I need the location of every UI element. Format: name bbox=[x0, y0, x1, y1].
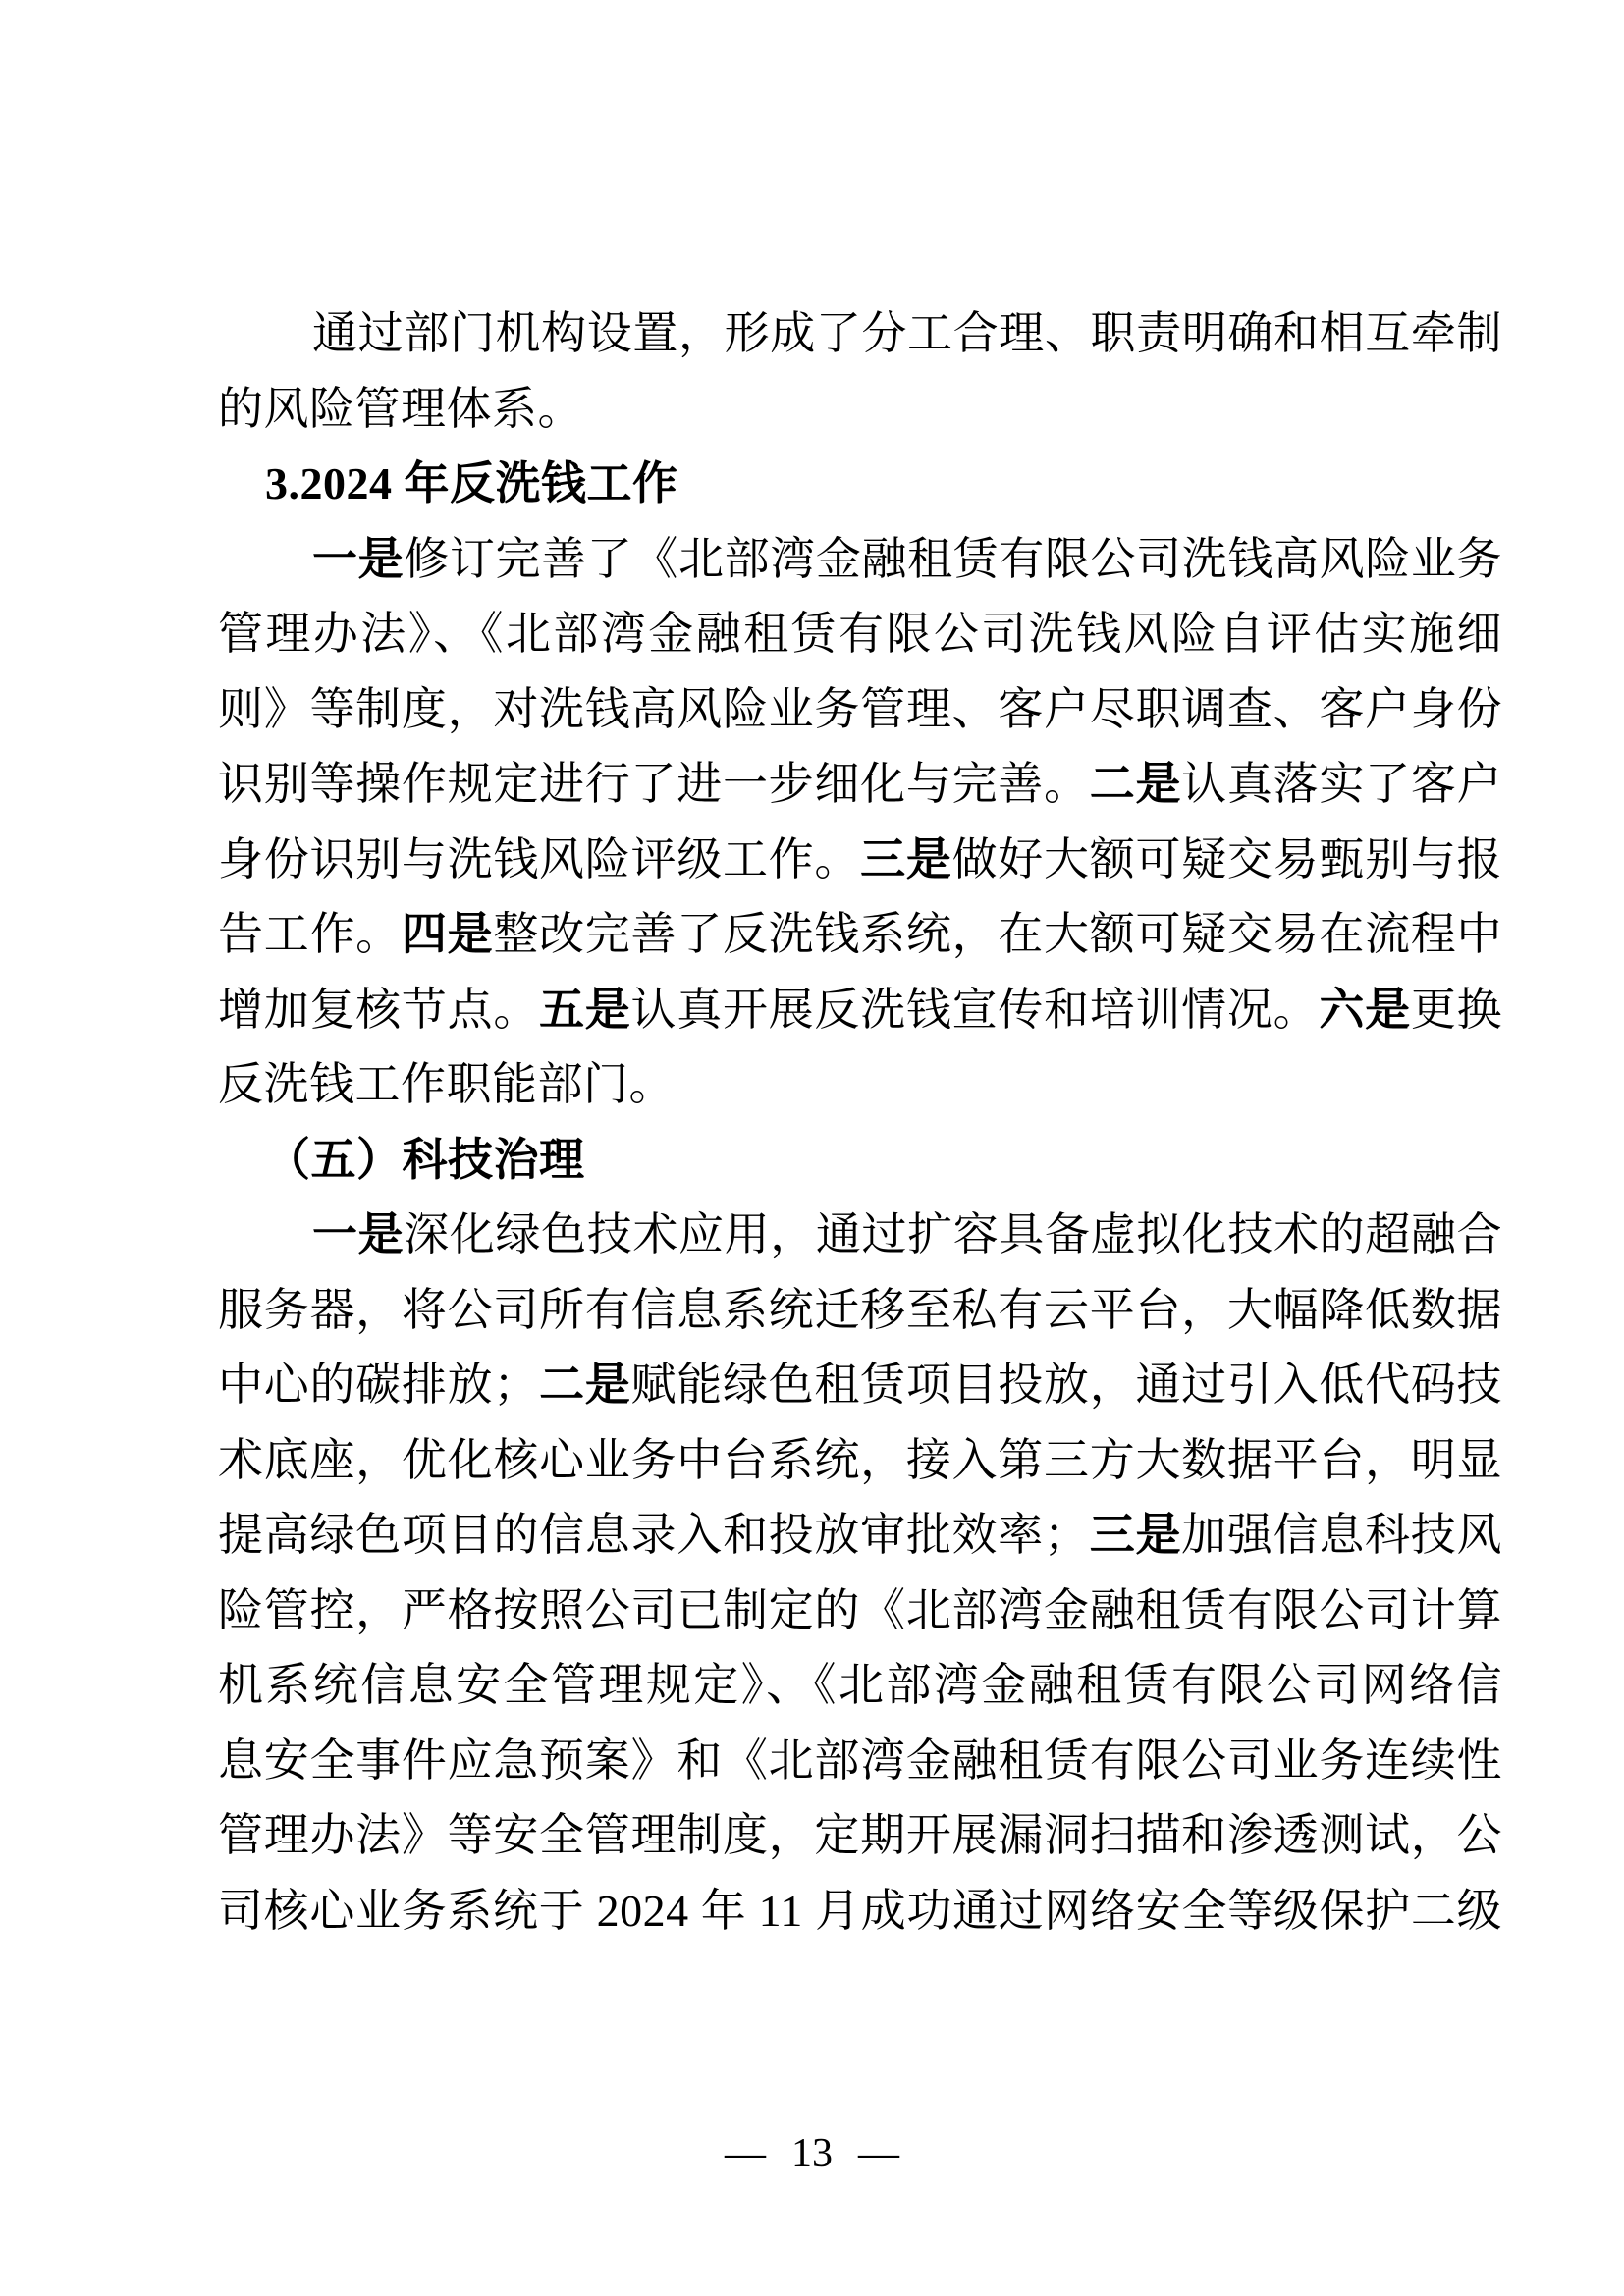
text-line: 术底座，优化核心业务中台系统，接入第三方大数据平台，明显 bbox=[218, 1423, 1502, 1499]
heading-line: 3.2024 年反洗钱工作 bbox=[218, 447, 1502, 522]
text-line: 通过部门机构设置，形成了分工合理、职责明确和相互牵制 bbox=[218, 296, 1502, 372]
text-line: 则》等制度，对洗钱高风险业务管理、客户尽职调查、客户身份 bbox=[218, 672, 1502, 748]
text-segment: 通过部门机构设置，形成了分工合理、职责明确和相互牵制 bbox=[312, 308, 1502, 358]
text-line: 服务器，将公司所有信息系统迁移至私有云平台，大幅降低数据 bbox=[218, 1273, 1502, 1349]
text-line: 的风险管理体系。 bbox=[218, 372, 1502, 448]
text-segment: 增加复核节点。 bbox=[218, 985, 539, 1035]
text-segment: 认真落实了客户 bbox=[1181, 759, 1502, 809]
text-segment: 深化绿色技术应用，通过扩容具备虚拟化技术的超融合 bbox=[404, 1209, 1502, 1259]
page-number: 13 bbox=[791, 2131, 833, 2176]
text-segment: 险管控，严格按照公司已制定的《北部湾金融租赁有限公司计算 bbox=[218, 1585, 1502, 1635]
text-segment: 认真开展反洗钱宣传和培训情况。 bbox=[631, 985, 1320, 1035]
text-line: 管理办法》等安全管理制度，定期开展漏洞扫描和渗透测试，公 bbox=[218, 1798, 1502, 1874]
text-segment: 3.2024 年反洗钱工作 bbox=[265, 458, 678, 508]
text-segment: 服务器，将公司所有信息系统迁移至私有云平台，大幅降低数据 bbox=[218, 1285, 1502, 1335]
text-segment: 赋能绿色租赁项目投放，通过引入低代码技 bbox=[631, 1360, 1503, 1410]
text-segment: 一是 bbox=[312, 534, 404, 584]
text-segment: 修订完善了《北部湾金融租赁有限公司洗钱高风险业务 bbox=[404, 534, 1502, 584]
text-segment: 二是 bbox=[539, 1360, 631, 1410]
text-segment: （五）科技治理 bbox=[265, 1135, 585, 1185]
text-segment: 司核心业务系统于 2024 年 11 月成功通过网络安全等级保护二级 bbox=[218, 1886, 1502, 1936]
footer-right-dash: — bbox=[858, 2116, 899, 2191]
text-segment: 三是 bbox=[860, 834, 951, 884]
text-segment: 管理办法》、《北部湾金融租赁有限公司洗钱风险自评估实施细 bbox=[218, 609, 1502, 659]
text-line: 增加复核节点。五是认真开展反洗钱宣传和培训情况。六是更换 bbox=[218, 973, 1502, 1048]
text-line: 身份识别与洗钱风险评级工作。三是做好大额可疑交易甄别与报 bbox=[218, 823, 1502, 898]
text-line: 险管控，严格按照公司已制定的《北部湾金融租赁有限公司计算 bbox=[218, 1574, 1502, 1649]
text-segment: 五是 bbox=[539, 985, 630, 1035]
text-segment: 的风险管理体系。 bbox=[218, 384, 583, 434]
text-segment: 管理办法》等安全管理制度，定期开展漏洞扫描和渗透测试，公 bbox=[218, 1810, 1502, 1860]
text-line: 中心的碳排放；二是赋能绿色租赁项目投放，通过引入低代码技 bbox=[218, 1348, 1502, 1423]
text-segment: 反洗钱工作职能部门。 bbox=[218, 1059, 675, 1109]
text-segment: 中心的碳排放； bbox=[218, 1360, 539, 1410]
footer-left-dash: — bbox=[725, 2116, 766, 2191]
text-segment: 加强信息科技风 bbox=[1181, 1510, 1502, 1560]
text-segment: 更换 bbox=[1411, 985, 1502, 1035]
text-segment: 则》等制度，对洗钱高风险业务管理、客户尽职调查、客户身份 bbox=[218, 684, 1502, 734]
text-segment: 一是 bbox=[312, 1209, 404, 1259]
text-segment: 整改完善了反洗钱系统，在大额可疑交易在流程中 bbox=[493, 909, 1502, 959]
text-segment: 三是 bbox=[1090, 1510, 1182, 1560]
text-line: 反洗钱工作职能部门。 bbox=[218, 1047, 1502, 1123]
text-segment: 四是 bbox=[402, 909, 493, 959]
text-line: 告工作。四是整改完善了反洗钱系统，在大额可疑交易在流程中 bbox=[218, 897, 1502, 973]
text-segment: 息安全事件应急预案》和《北部湾金融租赁有限公司业务连续性 bbox=[218, 1735, 1502, 1786]
text-segment: 提高绿色项目的信息录入和投放审批效率； bbox=[218, 1510, 1090, 1560]
body-text-block: 通过部门机构设置，形成了分工合理、职责明确和相互牵制的风险管理体系。3.2024… bbox=[218, 296, 1502, 1949]
document-page: 通过部门机构设置，形成了分工合理、职责明确和相互牵制的风险管理体系。3.2024… bbox=[0, 0, 1624, 2296]
text-segment: 六是 bbox=[1319, 985, 1410, 1035]
heading-line: （五）科技治理 bbox=[218, 1123, 1502, 1199]
text-line: 识别等操作规定进行了进一步细化与完善。二是认真落实了客户 bbox=[218, 747, 1502, 823]
text-segment: 做好大额可疑交易甄别与报 bbox=[952, 834, 1502, 884]
text-line: 一是修订完善了《北部湾金融租赁有限公司洗钱高风险业务 bbox=[218, 522, 1502, 598]
text-line: 息安全事件应急预案》和《北部湾金融租赁有限公司业务连续性 bbox=[218, 1724, 1502, 1799]
text-segment: 识别等操作规定进行了进一步细化与完善。 bbox=[218, 759, 1090, 809]
text-line: 一是深化绿色技术应用，通过扩容具备虚拟化技术的超融合 bbox=[218, 1198, 1502, 1273]
text-segment: 术底座，优化核心业务中台系统，接入第三方大数据平台，明显 bbox=[218, 1435, 1502, 1485]
text-segment: 机系统信息安全管理规定》、《北部湾金融租赁有限公司网络信 bbox=[218, 1660, 1502, 1710]
text-segment: 二是 bbox=[1090, 759, 1181, 809]
text-segment: 告工作。 bbox=[218, 909, 402, 959]
text-segment: 身份识别与洗钱风险评级工作。 bbox=[218, 834, 860, 884]
page-footer: —13— bbox=[0, 2116, 1624, 2191]
text-line: 机系统信息安全管理规定》、《北部湾金融租赁有限公司网络信 bbox=[218, 1648, 1502, 1724]
text-line: 提高绿色项目的信息录入和投放审批效率；三是加强信息科技风 bbox=[218, 1498, 1502, 1574]
text-line: 管理办法》、《北部湾金融租赁有限公司洗钱风险自评估实施细 bbox=[218, 597, 1502, 672]
text-line: 司核心业务系统于 2024 年 11 月成功通过网络安全等级保护二级 bbox=[218, 1874, 1502, 1949]
